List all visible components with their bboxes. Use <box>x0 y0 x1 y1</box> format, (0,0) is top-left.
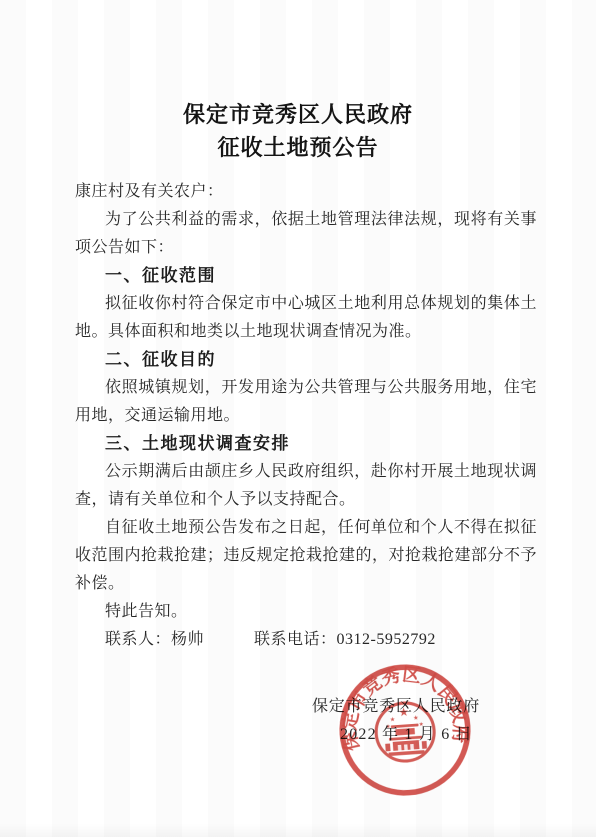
section-heading-2: 二、征收目的 <box>75 346 537 374</box>
paragraph-scope: 拟征收你村符合保定市中心城区土地利用总体规划的集体土地。具体面积和地类以土地现状… <box>75 290 537 346</box>
salutation: 康庄村及有关农户： <box>75 178 537 206</box>
document-page: 保定市竞秀区人民政府 征收土地预公告 康庄村及有关农户： 为了公共利益的需求，依… <box>0 0 596 837</box>
scan-bottom-shadow <box>0 823 596 837</box>
paragraph-prohibition: 自征收土地预公告发布之日起，任何单位和个人不得在拟征收范围内抢栽抢建；违反规定抢… <box>75 514 537 598</box>
title-line-2: 征收土地预公告 <box>0 131 596 164</box>
contact-person-label: 联系人： <box>105 631 171 648</box>
contact-person-name: 杨帅 <box>171 631 204 648</box>
section-heading-1: 一、征收范围 <box>75 262 537 290</box>
signature-date: 2022 年 1 月 6 日 <box>340 725 480 744</box>
title-line-1: 保定市竞秀区人民政府 <box>0 98 596 131</box>
document-body: 康庄村及有关农户： 为了公共利益的需求，依据土地管理法律法规，现将有关事项公告如… <box>75 178 537 654</box>
paragraph-survey: 公示期满后由颉庄乡人民政府组织，赴你村开展土地现状调查，请有关单位和个人予以支持… <box>75 458 537 514</box>
document-title: 保定市竞秀区人民政府 征收土地预公告 <box>0 98 596 164</box>
contact-phone-number: 0312-5952792 <box>337 631 436 648</box>
paragraph-closing: 特此告知。 <box>75 598 537 626</box>
contact-line: 联系人：杨帅联系电话：0312-5952792 <box>75 626 537 654</box>
signature-organization: 保定市竞秀区人民政府 <box>312 697 480 716</box>
paragraph-intro: 为了公共利益的需求，依据土地管理法律法规，现将有关事项公告如下： <box>75 206 537 262</box>
signature-block: 保定市竞秀区人民政府 2022 年 1 月 6 日 <box>312 697 480 744</box>
section-heading-3: 三、土地现状调查安排 <box>75 430 537 458</box>
contact-phone-label: 联系电话： <box>254 631 337 648</box>
paragraph-purpose: 依照城镇规划，开发用途为公共管理与公共服务用地，住宅用地，交通运输用地。 <box>75 374 537 430</box>
